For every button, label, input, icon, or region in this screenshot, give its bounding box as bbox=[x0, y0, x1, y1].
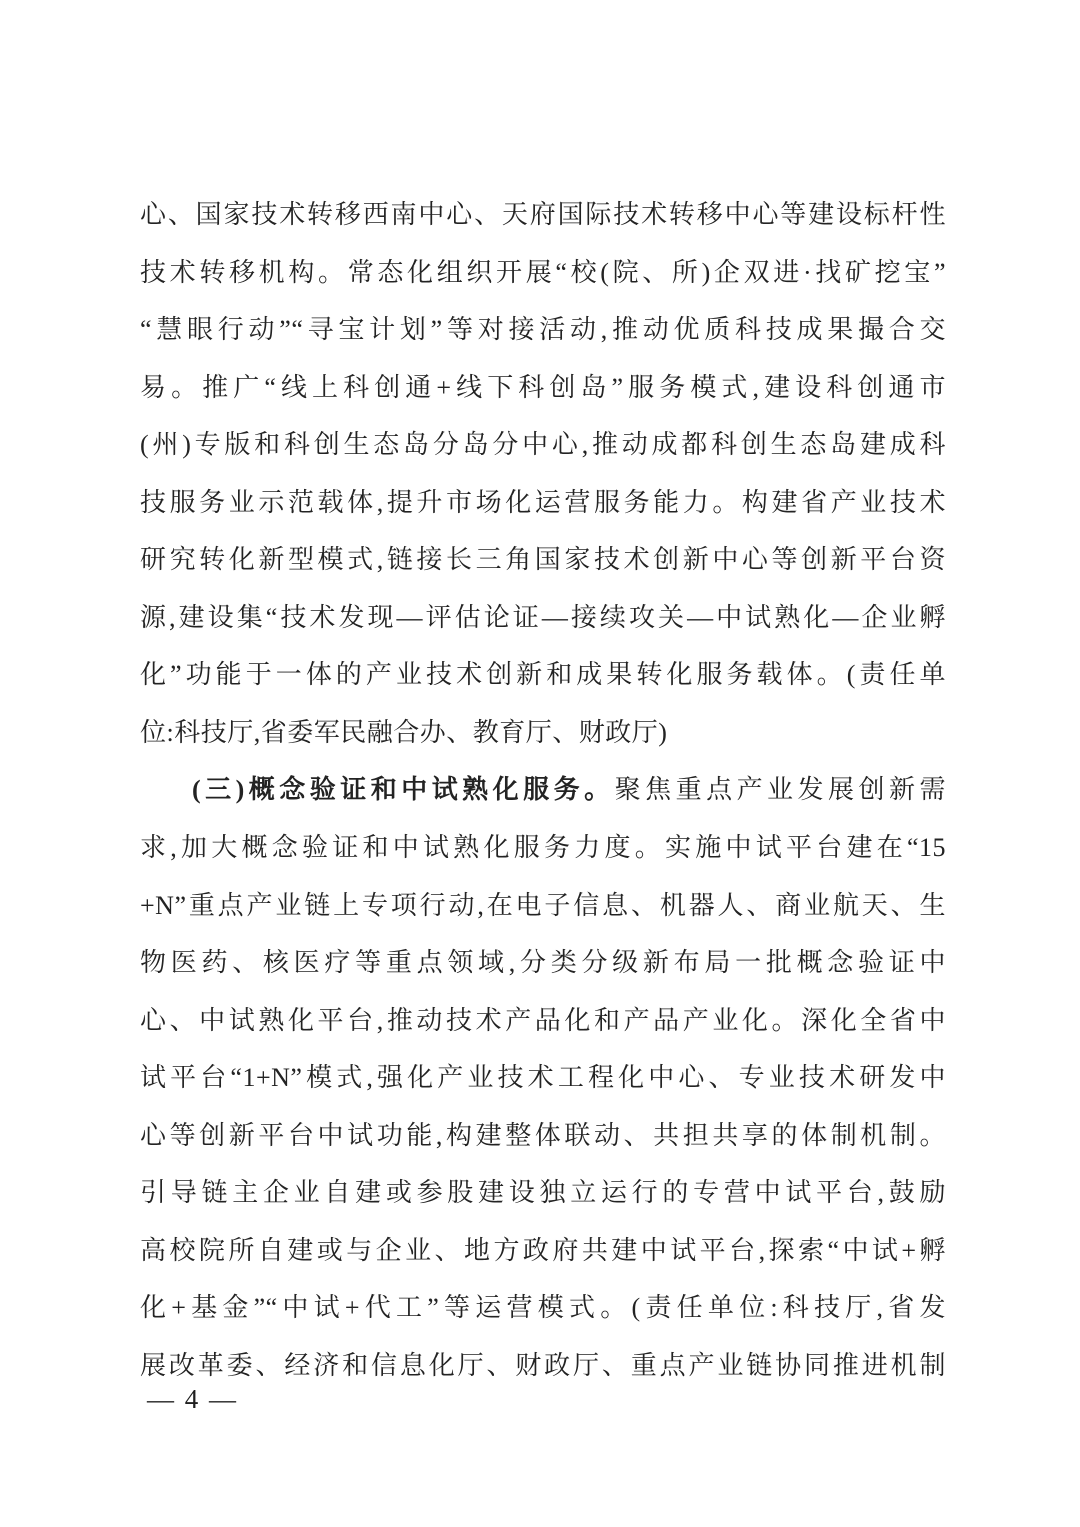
text-line: 心等创新平台中试功能,构建整体联动、共担共享的体制机制。 bbox=[140, 1107, 946, 1165]
text-line: 引导链主企业自建或参股建设独立运行的专营中试平台,鼓励 bbox=[140, 1164, 946, 1222]
text-line: 位:科技厅,省委军民融合办、教育厅、财政厅) bbox=[140, 704, 946, 762]
text-line: 易。推广“线上科创通+线下科创岛”服务模式,建设科创通市 bbox=[140, 359, 946, 417]
text-line: 心、中试熟化平台,推动技术产品化和产品产业化。深化全省中 bbox=[140, 992, 946, 1050]
text-line: 化”功能于一体的产业技术创新和成果转化服务载体。(责任单 bbox=[140, 646, 946, 704]
text-line: 求,加大概念验证和中试熟化服务力度。实施中试平台建在“15 bbox=[140, 819, 946, 877]
text-line: 展改革委、经济和信息化厅、财政厅、重点产业链协同推进机制 bbox=[140, 1337, 946, 1395]
document-page: 心、国家技术转移西南中心、天府国际技术转移中心等建设标杆性技术转移机构。常态化组… bbox=[0, 0, 1080, 1527]
document-body: 心、国家技术转移西南中心、天府国际技术转移中心等建设标杆性技术转移机构。常态化组… bbox=[140, 186, 946, 1394]
text-line: 试平台“1+N”模式,强化产业技术工程化中心、专业技术研发中 bbox=[140, 1049, 946, 1107]
paragraph-heading: (三)概念验证和中试熟化服务。 bbox=[192, 775, 615, 804]
text-line: 源,建设集“技术发现—评估论证—接续攻关—中试熟化—企业孵 bbox=[140, 589, 946, 647]
text-line: 技服务业示范载体,提升市场化运营服务能力。构建省产业技术 bbox=[140, 474, 946, 532]
text-line: 物医药、核医疗等重点领域,分类分级新布局一批概念验证中 bbox=[140, 934, 946, 992]
text-line: 化+基金”“中试+代工”等运营模式。(责任单位:科技厅,省发 bbox=[140, 1279, 946, 1337]
text-line: (三)概念验证和中试熟化服务。聚焦重点产业发展创新需 bbox=[140, 761, 946, 819]
page-number: — 4 — bbox=[147, 1381, 238, 1417]
text-line: 研究转化新型模式,链接长三角国家技术创新中心等创新平台资 bbox=[140, 531, 946, 589]
text-line: “慧眼行动”“寻宝计划”等对接活动,推动优质科技成果撮合交 bbox=[140, 301, 946, 359]
text-line: 技术转移机构。常态化组织开展“校(院、所)企双进·找矿挖宝” bbox=[140, 244, 946, 302]
text-line: (州)专版和科创生态岛分岛分中心,推动成都科创生态岛建成科 bbox=[140, 416, 946, 474]
text-line: +N”重点产业链上专项行动,在电子信息、机器人、商业航天、生 bbox=[140, 877, 946, 935]
text-line: 高校院所自建或与企业、地方政府共建中试平台,探索“中试+孵 bbox=[140, 1222, 946, 1280]
text-line: 心、国家技术转移西南中心、天府国际技术转移中心等建设标杆性 bbox=[140, 186, 946, 244]
